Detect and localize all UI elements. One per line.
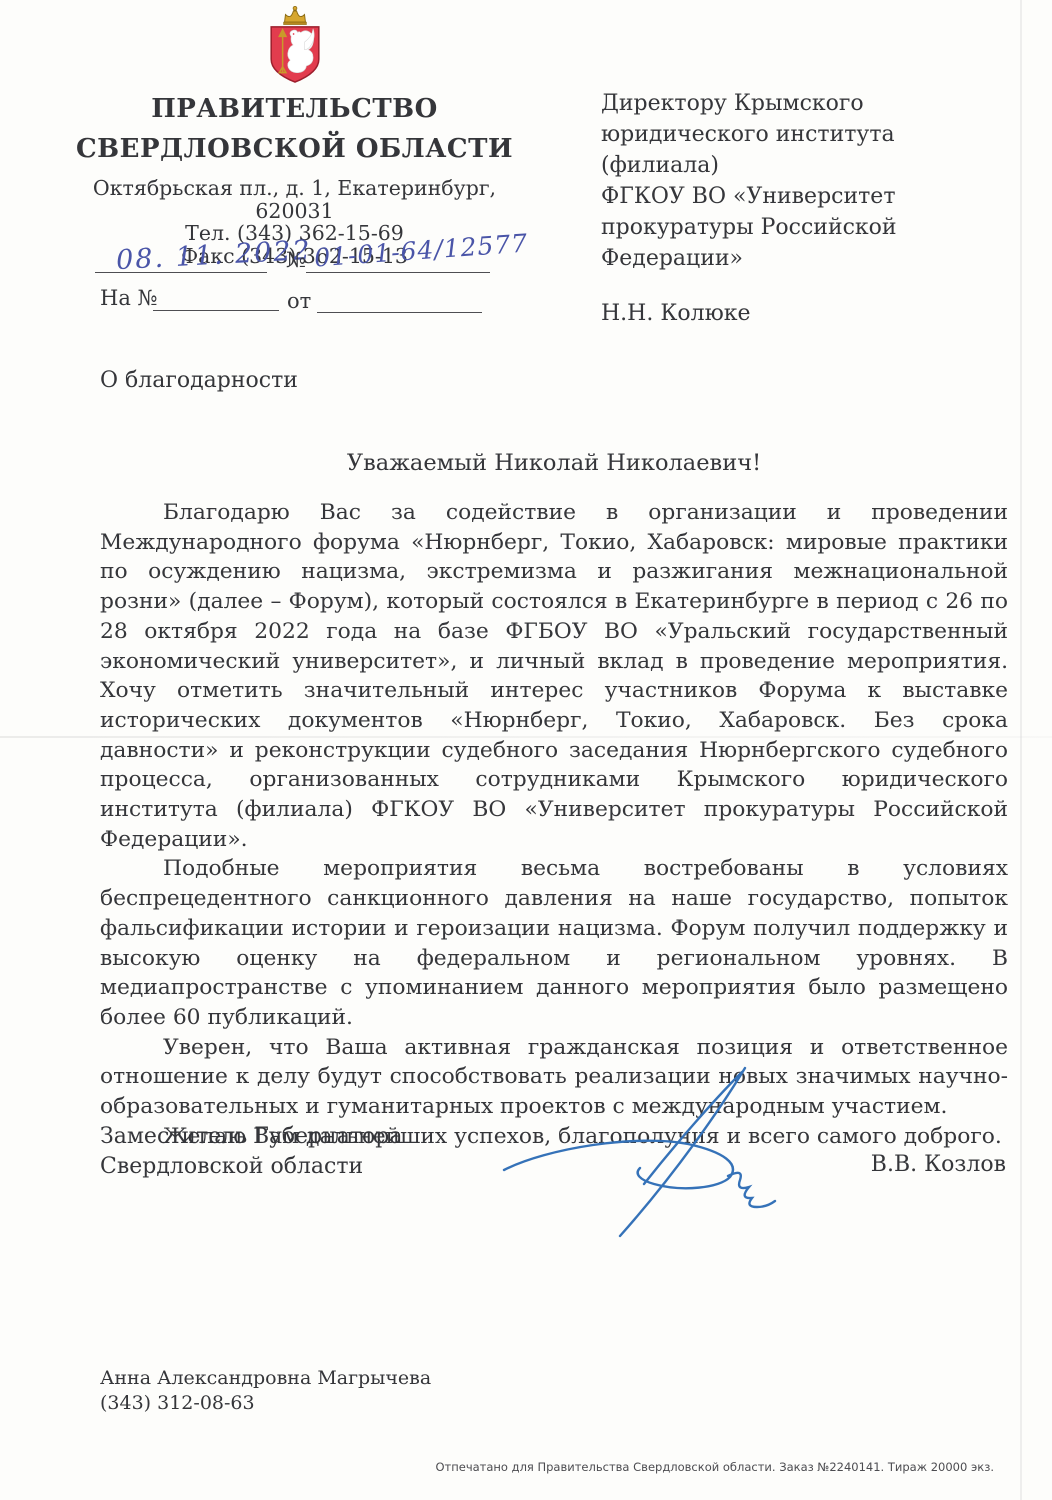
print-shop-footer: Отпечатано для Правительства Свердловско… bbox=[435, 1460, 994, 1474]
signer-name: В.В. Козлов bbox=[806, 1152, 1006, 1177]
recipient-name: Н.Н. Колюке bbox=[601, 298, 1013, 329]
contact-person-phone: (343) 312-08-63 bbox=[100, 1391, 431, 1416]
reply-number-blank-line bbox=[153, 309, 279, 311]
recipient-block: Директору Крымского юридического институ… bbox=[601, 88, 1013, 329]
scanned-letter-page: ПРАВИТЕЛЬСТВО СВЕРДЛОВСКОЙ ОБЛАСТИ Октяб… bbox=[0, 0, 1052, 1500]
reply-date-blank-line bbox=[317, 311, 482, 313]
org-address-street: Октябрьская пл., д. 1, Екатеринбург, 620… bbox=[62, 177, 527, 222]
salutation: Уважаемый Николай Николаевич! bbox=[100, 450, 1008, 476]
letter-body: Благодарю Вас за содействие в организаци… bbox=[100, 498, 1008, 1151]
handwritten-signature bbox=[492, 1064, 802, 1242]
contact-person-name: Анна Александровна Магрычева bbox=[100, 1366, 431, 1391]
recipient-line: Федерации» bbox=[601, 243, 1013, 274]
date-blank-line bbox=[95, 271, 267, 273]
signer-position: Заместитель Губернатора Свердловской обл… bbox=[100, 1122, 403, 1182]
body-paragraph: Благодарю Вас за содействие в организаци… bbox=[100, 498, 1008, 854]
org-name-line1: ПРАВИТЕЛЬСТВО bbox=[62, 94, 527, 124]
sverdlovsk-coat-of-arms-icon bbox=[266, 4, 324, 84]
reply-to-label: На № bbox=[100, 286, 157, 310]
contact-person-block: Анна Александровна Магрычева (343) 312-0… bbox=[100, 1366, 431, 1416]
scan-artifact-fold bbox=[1020, 0, 1022, 1500]
recipient-line: ФГКОУ ВО «Университет bbox=[601, 181, 1013, 212]
subject-line: О благодарности bbox=[100, 368, 298, 393]
number-blank-line bbox=[306, 271, 490, 273]
letterhead: ПРАВИТЕЛЬСТВО СВЕРДЛОВСКОЙ ОБЛАСТИ Октяб… bbox=[62, 4, 527, 267]
recipient-line: юридического института (филиала) bbox=[601, 119, 1013, 181]
signer-position-line2: Свердловской области bbox=[100, 1152, 403, 1182]
org-name-line2: СВЕРДЛОВСКОЙ ОБЛАСТИ bbox=[62, 134, 527, 164]
recipient-line: Директору Крымского bbox=[601, 88, 1013, 119]
reply-from-label: от bbox=[287, 289, 311, 313]
recipient-line: прокуратуры Российской bbox=[601, 212, 1013, 243]
body-paragraph: Подобные мероприятия весьма востребованы… bbox=[100, 854, 1008, 1032]
number-label: № bbox=[286, 248, 306, 272]
signer-position-line1: Заместитель Губернатора bbox=[100, 1122, 403, 1152]
